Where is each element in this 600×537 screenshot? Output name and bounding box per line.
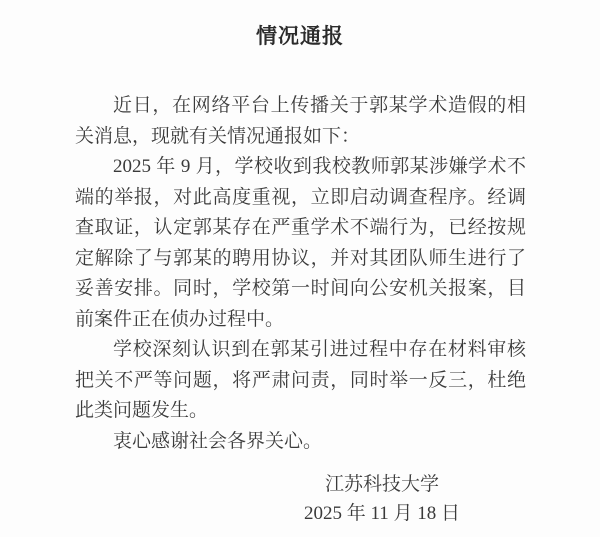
issuer-name: 江苏科技大学 — [262, 470, 502, 499]
notice-paragraph-investigation: 2025 年 9 月，学校收到我校教师郭某涉嫌学术不端的举报，对此高度重视，立即… — [75, 152, 526, 335]
signoff-block: 江苏科技大学 2025 年 11 月 18 日 — [262, 470, 502, 528]
notice-title: 情况通报 — [0, 0, 600, 50]
notice-page: 情况通报 近日，在网络平台上传播关于郭某学术造假的相关消息，现就有关情况通报如下… — [0, 0, 600, 537]
notice-paragraph-accountability: 学校深刻认识到在郭某引进过程中存在材料审核把关不严等问题，将严肃问责，同时举一反… — [75, 335, 526, 427]
notice-body: 近日，在网络平台上传播关于郭某学术造假的相关消息，现就有关情况通报如下： 202… — [75, 91, 526, 457]
notice-paragraph-thanks: 衷心感谢社会各界关心。 — [75, 427, 526, 458]
issue-date: 2025 年 11 月 18 日 — [262, 499, 502, 528]
notice-paragraph-intro: 近日，在网络平台上传播关于郭某学术造假的相关消息，现就有关情况通报如下： — [75, 91, 526, 152]
